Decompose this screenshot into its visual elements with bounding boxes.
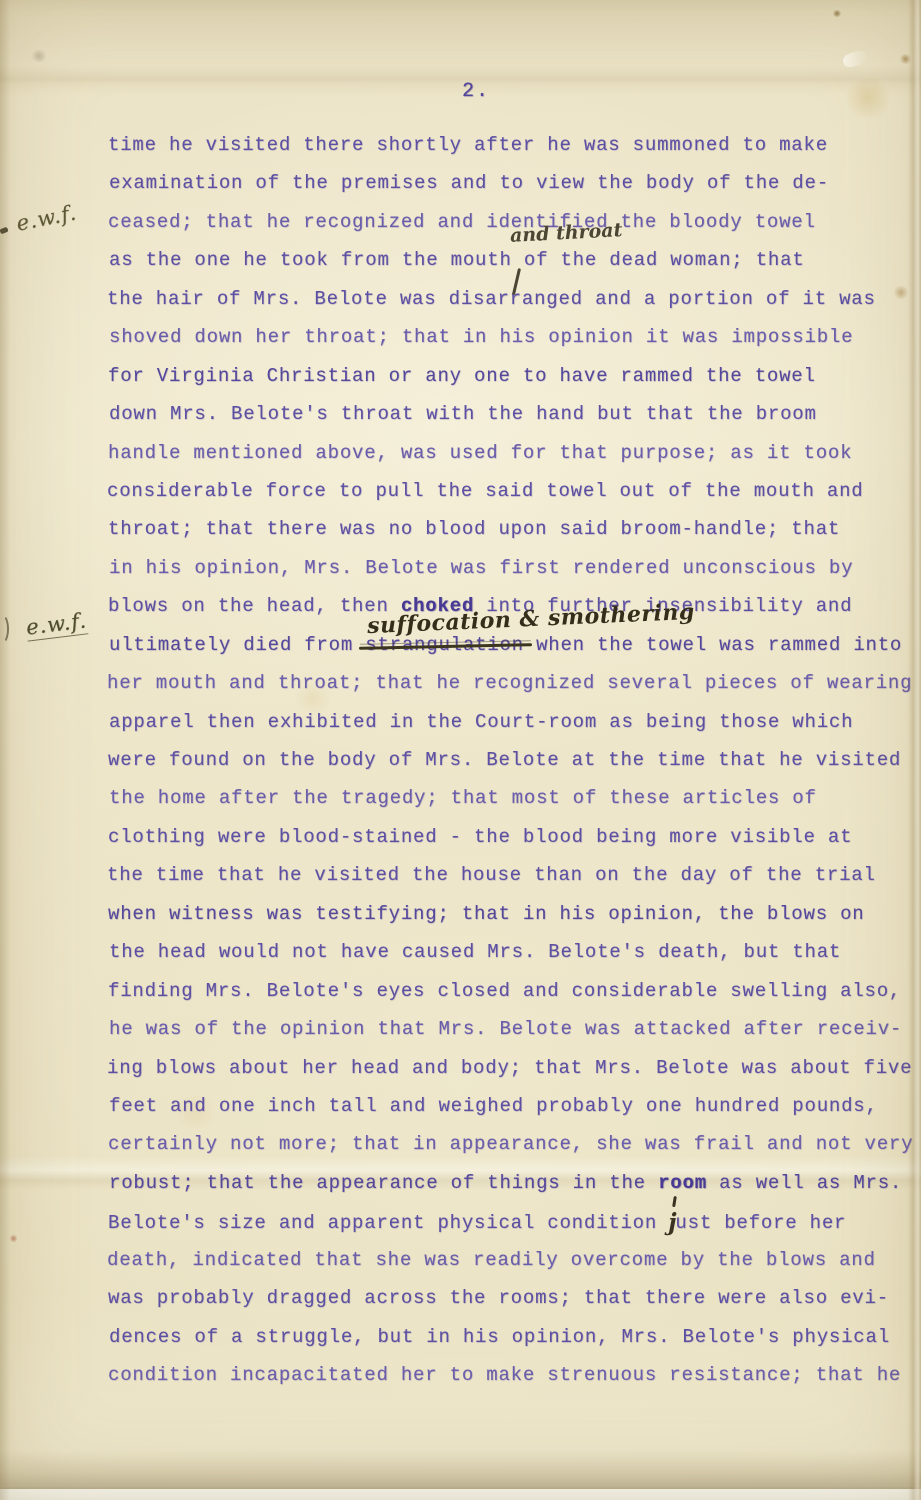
margin-initials: e.w.f. bbox=[25, 608, 89, 641]
typed-line: in his opinion, Mrs. Belote was first re… bbox=[109, 549, 913, 587]
document-page: 2. e.w.f. e.w.f. time he visited there s… bbox=[0, 0, 921, 1500]
typed-line: death, indicated that she was readily ov… bbox=[107, 1241, 913, 1279]
typed-text: Belote's size and apparent physical cond… bbox=[108, 1212, 669, 1234]
typed-line: for Virginia Christian or any one to hav… bbox=[108, 357, 913, 395]
typed-line: was probably dragged across the rooms; t… bbox=[108, 1279, 913, 1317]
typed-text: robust; that the appearance of things in… bbox=[109, 1172, 658, 1194]
typed-text-block: time he visited there shortly after he w… bbox=[108, 126, 913, 1394]
typed-line: down Mrs. Belote's throat with the hand … bbox=[109, 395, 913, 433]
typed-line: the home after the tragedy; that most of… bbox=[109, 779, 913, 817]
struck-word-wrap: strangulationsuffocation & smothering bbox=[365, 634, 524, 656]
typed-line: certainly not more; that in appearance, … bbox=[108, 1125, 913, 1163]
stain bbox=[30, 50, 48, 62]
margin-initials: e.w.f. bbox=[14, 200, 78, 235]
typed-line: the hair of Mrs. Belote was disarranged … bbox=[107, 280, 913, 318]
typed-line: clothing were blood-stained - the blood … bbox=[108, 818, 913, 856]
typed-line: throat; that there was no blood upon sai… bbox=[108, 510, 913, 548]
typed-line: when witness was testifying; that in his… bbox=[108, 895, 913, 933]
typed-line: finding Mrs. Belote's eyes closed and co… bbox=[108, 972, 913, 1010]
paper-crease bbox=[0, 66, 921, 96]
stain bbox=[832, 10, 842, 17]
typed-text: ust before her bbox=[675, 1212, 846, 1234]
overstruck-word: room bbox=[658, 1172, 707, 1194]
typed-text: blows on the head, then bbox=[108, 595, 401, 617]
typed-line: feet and one inch tall and weighed proba… bbox=[109, 1087, 913, 1125]
typed-line: ing blows about her head and body; that … bbox=[107, 1049, 913, 1087]
typed-line: apparel then exhibited in the Court-room… bbox=[109, 703, 913, 741]
typed-line-with-insertion: as the one he took from the mouthand thr… bbox=[109, 241, 913, 279]
typed-text: when the towel was rammed into bbox=[524, 634, 902, 656]
typed-line: time he visited there shortly after he w… bbox=[108, 126, 913, 164]
typed-line: her mouth and throat; that he recognized… bbox=[107, 664, 913, 702]
typed-text: as the one he took from the mouth bbox=[109, 249, 512, 271]
paper-bottom-edge bbox=[0, 1450, 921, 1490]
typed-line: robust; that the appearance of things in… bbox=[109, 1164, 913, 1202]
typed-line: considerable force to pull the said towe… bbox=[107, 472, 913, 510]
typed-line: the head would not have caused Mrs. Belo… bbox=[109, 933, 913, 971]
typed-line-with-correction: Belote's size and apparent physical cond… bbox=[108, 1202, 913, 1240]
typed-line: shoved down her throat; that in his opin… bbox=[109, 318, 913, 356]
handwritten-letter-correction: j bbox=[668, 1209, 677, 1236]
typed-line: he was of the opinion that Mrs. Belote w… bbox=[109, 1010, 913, 1048]
handwritten-insertion: and throat bbox=[509, 211, 623, 255]
typed-line: were found on the body of Mrs. Belote at… bbox=[108, 741, 913, 779]
typed-line: the time that he visited the house than … bbox=[107, 856, 913, 894]
page-number: 2. bbox=[462, 80, 490, 103]
paper-left-edge bbox=[0, 0, 10, 1500]
typed-text: as well as Mrs. bbox=[707, 1172, 902, 1194]
stain bbox=[10, 1234, 17, 1243]
typed-line: examination of the premises and to view … bbox=[109, 164, 913, 202]
typed-line: condition incapacitated her to make stre… bbox=[108, 1356, 913, 1394]
typed-line: handle mentioned above, was used for tha… bbox=[108, 434, 913, 472]
typed-text: ultimately died from bbox=[109, 634, 365, 656]
typed-line: dences of a struggle, but in his opinion… bbox=[109, 1318, 913, 1356]
scan-background-strip bbox=[0, 1489, 921, 1500]
typed-line-with-correction: ultimately died from strangulationsuffoc… bbox=[109, 626, 913, 664]
